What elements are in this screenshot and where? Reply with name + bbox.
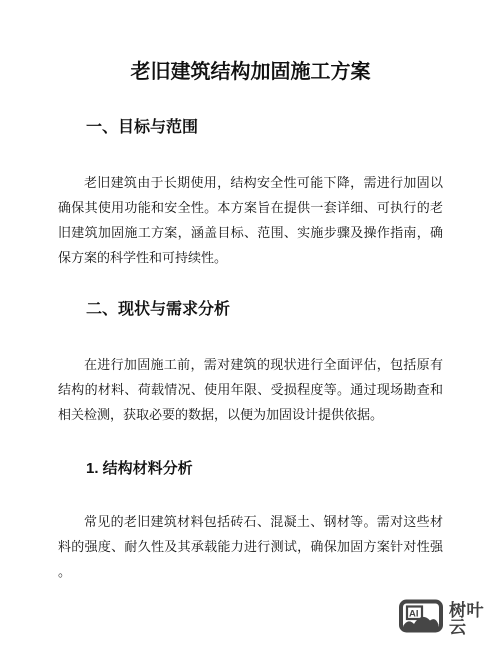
section-heading-goals-scope: 一、目标与范围 xyxy=(58,117,443,139)
subsection-heading-material-analysis: 1. 结构材料分析 xyxy=(58,458,443,479)
paragraph-material-analysis: 常见的老旧建筑材料包括砖石、混凝土、钢材等。需对这些材料的强度、耐久性及其承载能… xyxy=(58,509,443,584)
section-heading-status-needs: 二、现状与需求分析 xyxy=(58,299,443,321)
brand-watermark: AI 树叶云 xyxy=(399,599,500,638)
brand-logo-icon: AI xyxy=(399,599,443,638)
document-page: 老旧建筑结构加固施工方案 一、目标与范围 老旧建筑由于长期使用，结构安全性可能下… xyxy=(0,0,500,584)
paragraph-goals-scope: 老旧建筑由于长期使用，结构安全性可能下降，需进行加固以确保其使用功能和安全性。本… xyxy=(58,170,443,270)
brand-logo-ai-text: AI xyxy=(409,609,419,620)
brand-name-text: 树叶云 xyxy=(449,602,500,636)
paragraph-status-needs: 在进行加固施工前，需对建筑的现状进行全面评估，包括原有结构的材料、荷载情况、使用… xyxy=(58,352,443,427)
document-title: 老旧建筑结构加固施工方案 xyxy=(58,57,443,87)
